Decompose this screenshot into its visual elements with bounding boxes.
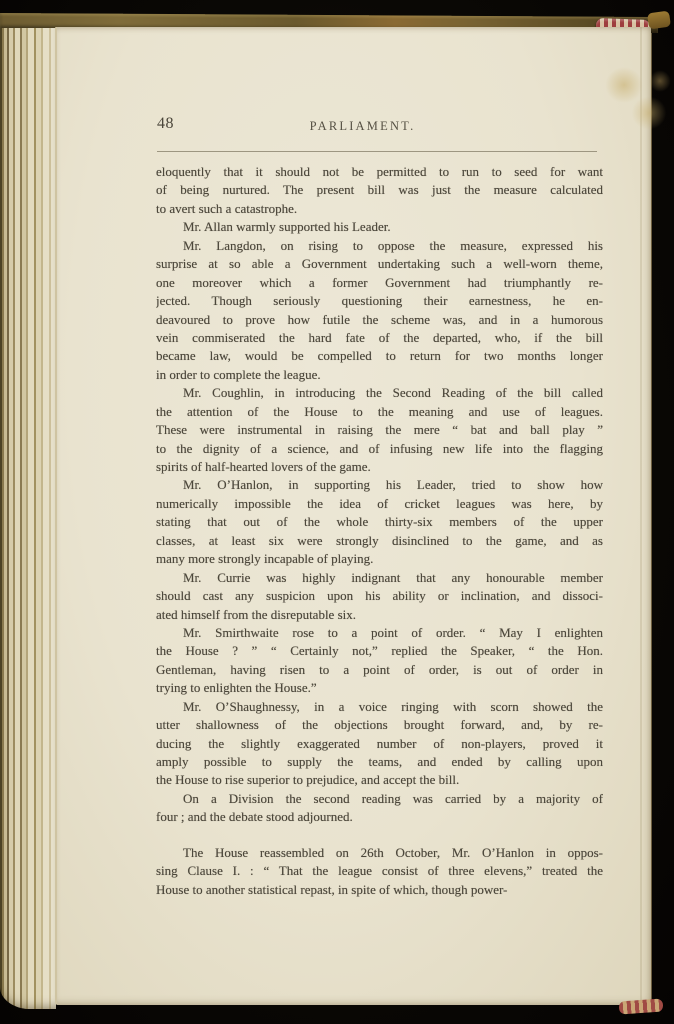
text-line: jected. Though seriously questioning the…	[156, 292, 603, 310]
paragraph: The House reassembled on 26th October, M…	[156, 844, 603, 899]
text-line: Mr. Langdon, on rising to oppose the mea…	[156, 237, 603, 255]
paragraph: Mr. Smirthwaite rose to a point of order…	[156, 624, 603, 698]
paragraph: eloquently that it should not be permitt…	[156, 163, 603, 218]
text-line: Mr. O’Shaughnessy, in a voice ringing wi…	[156, 698, 603, 716]
foxing-stain	[625, 90, 673, 136]
text-line: On a Division the second reading was car…	[156, 790, 603, 808]
text-line: Mr. Currie was highly indignant that any…	[156, 569, 603, 587]
text-line: numerically impossible the idea of crick…	[156, 495, 603, 513]
text-line: Gentleman, having risen to a point of or…	[156, 661, 603, 679]
text-line: sing Clause I. : “ That the league consi…	[156, 862, 603, 880]
text-line: four ; and the debate stood adjourned.	[156, 808, 603, 826]
paragraph: Mr. Coughlin, in introducing the Second …	[156, 384, 603, 476]
text-line: These were instrumental in raising the m…	[156, 421, 603, 439]
text-line: The House reassembled on 26th October, M…	[156, 844, 603, 862]
text-line: should cast any suspicion upon his abili…	[156, 587, 603, 605]
paragraph: Mr. Langdon, on rising to oppose the mea…	[156, 237, 603, 385]
text-line: spirits of half-hearted lovers of the ga…	[156, 458, 603, 476]
text-line: eloquently that it should not be permitt…	[156, 163, 603, 181]
text-line: ducing the slightly exaggerated number o…	[156, 735, 603, 753]
text-line: amply possible to supply the teams, and …	[156, 753, 603, 771]
text-line: to the dignity of a science, and of infu…	[156, 440, 603, 458]
text-line: the attention of the House to the meanin…	[156, 403, 603, 421]
text-line: trying to enlighten the House.”	[156, 679, 603, 697]
text-line: one moreover which a former Government h…	[156, 274, 603, 292]
page-edge-stack	[0, 28, 56, 1009]
paragraph: Mr. O’Shaughnessy, in a voice ringing wi…	[156, 698, 603, 790]
text-line: of being nurtured. The present bill was …	[156, 181, 603, 199]
paragraph: Mr. Allan warmly supported his Leader.	[156, 218, 603, 236]
text-line: the House to rise superior to prejudice,…	[156, 771, 603, 789]
text-line: became law, would be compelled to return…	[156, 347, 603, 365]
page-crease	[640, 27, 642, 1005]
text-line: Mr. Coughlin, in introducing the Second …	[156, 384, 603, 402]
book-photo-scene: 48 PARLIAMENT. eloquently that it should…	[0, 0, 674, 1024]
text-line: in order to complete the league.	[156, 366, 603, 384]
text-line: classes, at least six were strongly disi…	[156, 532, 603, 550]
text-line: vein commiserated the hard fate of the d…	[156, 329, 603, 347]
headband-bottom	[619, 998, 664, 1014]
text-line: stating that out of the whole thirty-six…	[156, 513, 603, 531]
header-rule	[157, 151, 597, 152]
text-line: to avert such a catastrophe.	[156, 200, 603, 218]
text-line: Mr. Smirthwaite rose to a point of order…	[156, 624, 603, 642]
text-line: House to another statistical repast, in …	[156, 881, 603, 899]
text-line: Mr. Allan warmly supported his Leader.	[156, 218, 603, 236]
text-line: surprise at so able a Government underta…	[156, 255, 603, 273]
text-line: the House ? ” “ Certainly not,” replied …	[156, 642, 603, 660]
text-line: ated himself from the disreputable six.	[156, 606, 603, 624]
text-line: deavoured to prove how futile the scheme…	[156, 311, 603, 329]
paragraph: Mr. O’Hanlon, in supporting his Leader, …	[156, 476, 603, 568]
text-line: Mr. O’Hanlon, in supporting his Leader, …	[156, 476, 603, 494]
text-line: many more strongly incapable of playing.	[156, 550, 603, 568]
paragraph: On a Division the second reading was car…	[156, 790, 603, 827]
running-header: PARLIAMENT.	[156, 119, 603, 134]
paragraph: Mr. Currie was highly indignant that any…	[156, 569, 603, 624]
headband-knot	[647, 11, 671, 30]
text-block: eloquently that it should not be permitt…	[156, 163, 603, 899]
foxing-stain	[645, 66, 674, 96]
text-line: utter shallowness of the objections brou…	[156, 716, 603, 734]
